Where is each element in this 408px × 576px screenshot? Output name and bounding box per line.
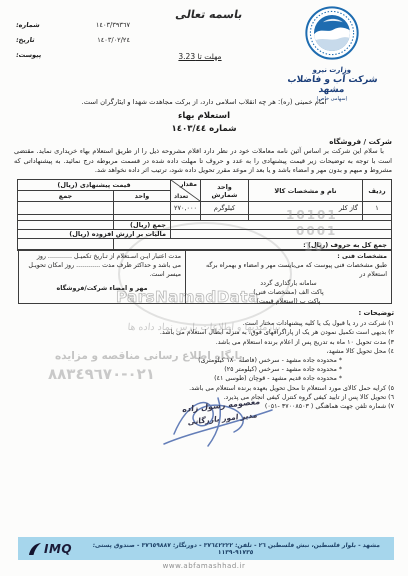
col-header-item: نام و مشخصات کالا	[249, 180, 363, 202]
empty-cell	[171, 221, 392, 230]
deadline-note: مهلت تا 3.23	[150, 52, 250, 61]
col-header-unit-price: واحد	[114, 191, 171, 202]
header-meta: ١٤٠٣/٣٩٣٦٧ شماره: ١٤٠٣/٠٢/٢٤ تاریخ: پیوس…	[16, 21, 130, 66]
footer-address: مشهد - بلوار فلسطین، نبش فلسطین ٢٦ - تلف…	[71, 542, 394, 556]
imq-logo: IMQ	[18, 542, 72, 556]
meta-row-number: ١٤٠٣/٣٩٣٦٧ شماره:	[16, 21, 130, 29]
table-row-item-1: ١ گاز کلر کیلوگرم ٢٧٠,٠٠٠	[17, 202, 391, 215]
validity-line: میسر است.	[23, 270, 181, 279]
col-header-row-no: ردیف	[363, 180, 392, 202]
empty-cell	[171, 230, 392, 239]
tech-specs-envelope-a: پاکت الف (مشخصات فنی)	[190, 288, 387, 297]
delivery-location-item: * محدوده جاده مشهد - سرخس (کیلومتر ٢٥)	[12, 365, 342, 374]
cell-total-price	[17, 202, 113, 215]
doc-date-label: تاریخ:	[15, 36, 35, 44]
bismillah-text: باسمه تعالی	[163, 8, 255, 21]
tech-specs-line: طبق مشخصات فنی پیوست که می‌بایست مهر و ا…	[190, 261, 387, 279]
tech-specs-line: سامانه بارگذاری گردد	[190, 279, 387, 288]
vat-label-cell: مالیات بر ارزش افزوده (ریال)	[17, 230, 170, 239]
cell-row-no: ١	[363, 202, 392, 215]
delivery-location-item: * محدوده جاده مشهد - سرخس (فاصله ١٨٠ کیل…	[12, 356, 342, 365]
col-header-count-unit: واحد شمارش	[201, 180, 249, 202]
note-item: ٢) بدیهی است تکمیل نمودن هر یک از پاراگر…	[12, 328, 394, 337]
table-row-vat: مالیات بر ارزش افزوده (ریال)	[17, 230, 391, 239]
tech-specs-title: مشخصات فنی :	[190, 252, 387, 261]
footer-bar: IMQ مشهد - بلوار فلسطین، نبش فلسطین ٢٦ -…	[18, 537, 394, 560]
technical-specs-box: مشخصات فنی : طبق مشخصات فنی پیوست که می‌…	[185, 249, 392, 304]
doc-number-value: ١٤٠٣/٣٩٣٦٧	[96, 21, 130, 29]
delivery-location-item: * محدوده جاده قدیم مشهد - قوچان (طوسی ٤١…	[12, 374, 342, 383]
intro-paragraph: با سلام این شرکت بر اساس آئین نامه معامل…	[14, 147, 392, 176]
col-header-quantity: مقدار تعداد	[171, 180, 201, 202]
company-logo-block: وزارت نیرو شرکت آب و فاضلاب مشهد (سهامی …	[277, 6, 387, 102]
imq-logo-text: IMQ	[44, 542, 72, 556]
imq-leaf-icon	[27, 542, 42, 556]
qty-label-count: تعداد	[174, 193, 188, 200]
table-row-sum: جمع (ریال)	[17, 221, 391, 230]
doc-date-value: ١٤٠٣/٠٢/٢٤	[97, 36, 130, 44]
col-header-price-group: قیمت پیشنهادی (ریال)	[17, 180, 170, 191]
document-title-block: استعلام بهاء شماره ١٤٠٣/٤٤	[0, 110, 408, 135]
inquiry-number: شماره ١٤٠٣/٤٤	[0, 123, 408, 136]
stamp-signature-line: مهر و امضاء شرکت/فروشگاه	[23, 284, 181, 293]
doc-number-label: شماره:	[15, 21, 40, 29]
sum-label-cell: جمع (ریال)	[114, 221, 171, 230]
notes-title: توضیحات :	[12, 309, 394, 318]
sum-value-cell	[17, 221, 113, 230]
cell-qty: ٢٧٠,٠٠٠	[171, 202, 201, 215]
doc-attachment-label: پیوست:	[15, 51, 42, 59]
abfa-water-logo-icon	[305, 6, 359, 60]
ministry-name: وزارت نیرو	[277, 66, 388, 74]
col-header-total-price: جمع	[17, 191, 113, 202]
intro-section: شرکت / فروشگاه با سلام این شرکت بر اساس …	[14, 137, 392, 176]
tech-specs-envelope-b: پاکت ب (استعلام قیمت)	[190, 297, 387, 306]
note-item: ٣) مدت تحویل ١٠ ماه به تدریج پس از اعلام…	[12, 338, 394, 347]
cell-unit: کیلوگرم	[201, 202, 249, 215]
table-header-row-1: ردیف نام و مشخصات کالا واحد شمارش مقدار …	[17, 180, 391, 191]
cell-item-name: گاز کلر	[249, 202, 363, 215]
table-bottom-section: مشخصات فنی : طبق مشخصات فنی پیوست که می‌…	[18, 250, 392, 304]
meta-row-date: ١٤٠٣/٠٢/٢٤ تاریخ:	[16, 36, 130, 44]
footer-website: www.abfamashhad.ir	[0, 562, 408, 570]
validity-line: مدت اعتبار ایـن اسـتعلام از تـاریخ تکمیـ…	[23, 252, 181, 261]
validity-box: مدت اعتبار ایـن اسـتعلام از تـاریخ تکمیـ…	[18, 249, 186, 304]
cell-unit-price	[114, 202, 171, 215]
note-item: ١) شرکت در رد یا قبول یک یا کلیه پیشنهاد…	[12, 319, 394, 328]
addressee-line: شرکت / فروشگاه	[14, 137, 392, 146]
validity-line: می باشد و حداکثر ظرف مدت ............ رو…	[23, 261, 181, 270]
company-name: شرکت آب و فاضلاب مشهد	[276, 75, 388, 95]
imam-quote: امام خمینی (ره): هر چه انقلاب اسلامی دار…	[0, 98, 408, 106]
note-item: ٤) محل تحویل کالا مشهد،	[12, 347, 394, 356]
qty-label-amount: مقدار	[180, 181, 197, 188]
document-page: باسمه تعالی مهلت تا 3.23 ١٤٠٣/٣٩٣٦٧ شمار…	[0, 0, 408, 576]
page-title: استعلام بهاء	[0, 110, 408, 123]
inquiry-table: ردیف نام و مشخصات کالا واحد شمارش مقدار …	[17, 179, 392, 251]
meta-row-attachment: پیوست:	[16, 51, 130, 59]
